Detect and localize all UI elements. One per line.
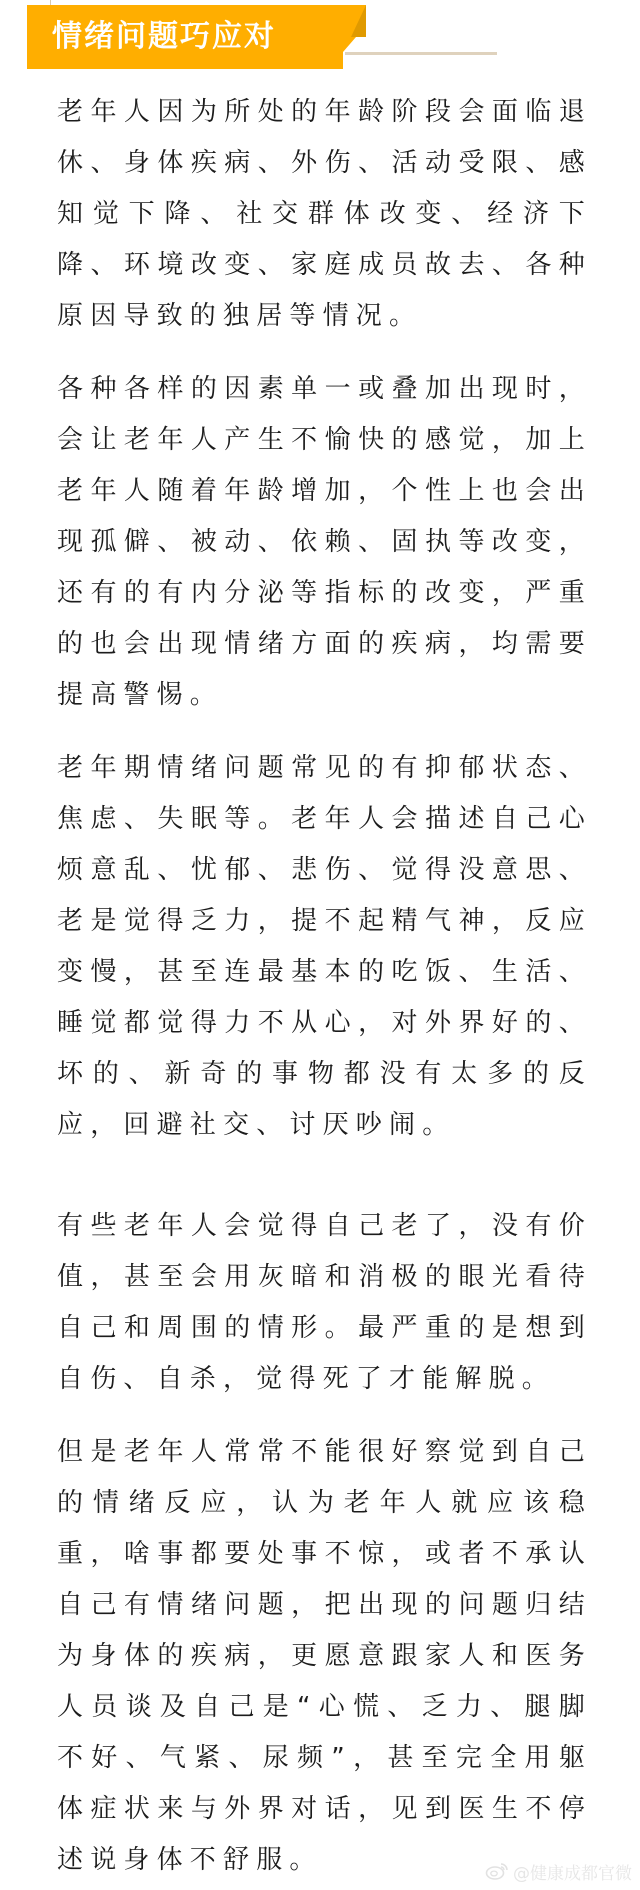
section-title: 情绪问题巧应对 [52, 14, 276, 60]
watermark: @健康成都官微 [485, 1860, 632, 1882]
section-header: 情绪问题巧应对 [0, 0, 640, 80]
watermark-text: @健康成都官微 [513, 1859, 632, 1884]
paragraph-5: 但是老年人常常不能很好察觉到自己的情绪反应，认为老年人就应该稳重，啥事都要处事不… [57, 1427, 592, 1886]
paragraph-3: 老年期情绪问题常见的有抑郁状态、焦虑、失眠等。老年人会描述自己心烦意乱、忧郁、悲… [57, 743, 592, 1151]
paragraph-2: 各种各样的因素单一或叠加出现时，会让老年人产生不愉快的感觉，加上老年人随着年龄增… [57, 364, 592, 721]
article-body: 老年人因为所处的年龄阶段会面临退休、身体疾病、外伤、活动受限、感知觉下降、社交群… [57, 87, 592, 1886]
header-rule [345, 52, 497, 55]
paragraph-4: 有些老年人会觉得自己老了，没有价值，甚至会用灰暗和消极的眼光看待自己和周围的情形… [57, 1201, 592, 1405]
weibo-logo-icon [485, 1861, 509, 1881]
paragraph-1: 老年人因为所处的年龄阶段会面临退休、身体疾病、外伤、活动受限、感知觉下降、社交群… [57, 87, 592, 342]
